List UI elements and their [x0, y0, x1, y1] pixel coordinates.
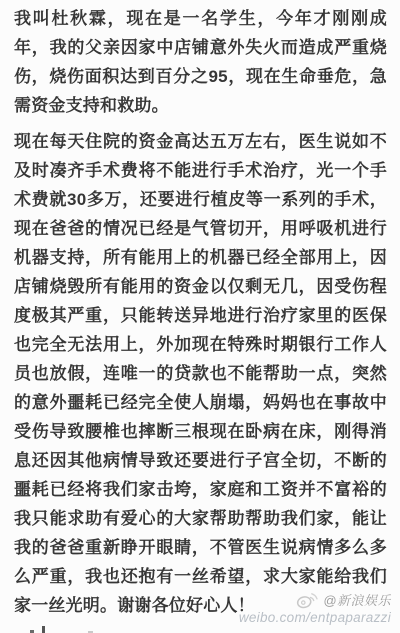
screenshot-page: 我叫杜秋霖，现在是一名学生，今年才刚刚成年，我的父亲因家中店铺意外失火而造成严重… — [0, 0, 400, 633]
watermark-url: weibo.com/entpaparazzi — [239, 610, 391, 625]
paragraph-details: 现在每天住院的资金高达五万左右，医生说如不及时凑齐手术费将不能进行手术治疗，光一… — [14, 127, 387, 620]
weibo-watermark: @新浪娱乐 weibo.com/entpaparazzi — [239, 591, 391, 625]
clipped-character-fragment — [42, 626, 45, 633]
paragraph-intro: 我叫杜秋霖，现在是一名学生，今年才刚刚成年，我的父亲因家中店铺意外失火而造成严重… — [14, 4, 387, 120]
plea-text-block: 我叫杜秋霖，现在是一名学生，今年才刚刚成年，我的父亲因家中店铺意外失火而造成严重… — [0, 0, 400, 620]
watermark-account-row: @新浪娱乐 — [239, 591, 391, 608]
weibo-eye-icon — [296, 591, 318, 609]
watermark-account: @新浪娱乐 — [323, 590, 391, 609]
clipped-next-line — [14, 626, 234, 633]
